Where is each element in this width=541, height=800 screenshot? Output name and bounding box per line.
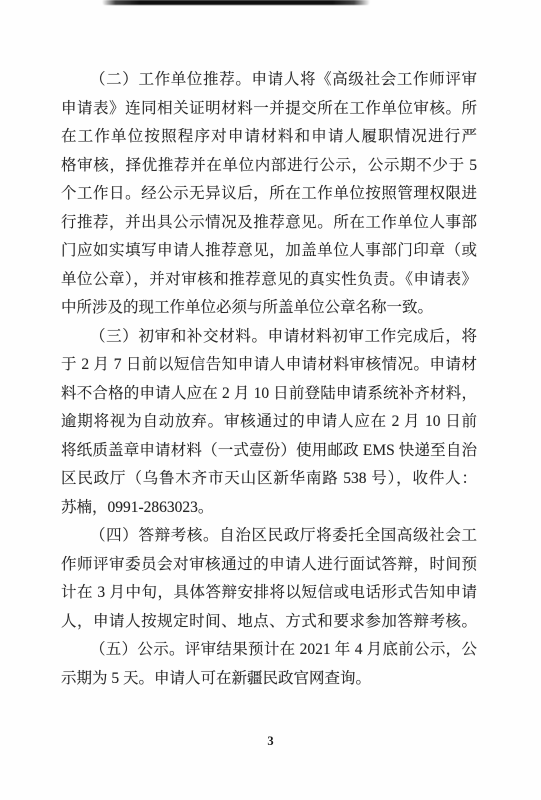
text-line: 人，申请人按规定时间、地点、方式和要求参加答辩考核。: [61, 608, 477, 637]
document-body: （二）工作单位推荐。申请人将《高级社会工作师评审申请表》连同相关证明材料一并提交…: [61, 66, 477, 693]
text-line: 作师评审委员会对审核通过的申请人进行面试答辩，时间预: [61, 551, 477, 580]
document-page: （二）工作单位推荐。申请人将《高级社会工作师评审申请表》连同相关证明材料一并提交…: [0, 0, 541, 800]
paragraph: （三）初审和补交材料。申请材料初审工作完成后，将于 2 月 7 日前以短信告知申…: [61, 323, 477, 523]
text-line: 格审核，择优推荐并在单位内部进行公示，公示期不少于 5: [61, 152, 477, 181]
text-line: （五）公示。评审结果预计在 2021 年 4 月底前公示，公: [61, 636, 477, 665]
paragraph: （五）公示。评审结果预计在 2021 年 4 月底前公示，公示期为 5 天。申请…: [61, 636, 477, 693]
text-line: 单位公章），并对审核和推荐意见的真实性负责。《申请表》: [61, 266, 477, 295]
paragraph: （二）工作单位推荐。申请人将《高级社会工作师评审申请表》连同相关证明材料一并提交…: [61, 66, 477, 323]
text-line: （二）工作单位推荐。申请人将《高级社会工作师评审: [61, 66, 477, 95]
text-line: 个工作日。经公示无异议后，所在工作单位按照管理权限进: [61, 180, 477, 209]
text-line: （三）初审和补交材料。申请材料初审工作完成后，将: [61, 323, 477, 352]
page-number: 3: [0, 734, 541, 749]
text-line: （四）答辩考核。自治区民政厅将委托全国高级社会工: [61, 522, 477, 551]
paragraph: （四）答辩考核。自治区民政厅将委托全国高级社会工作师评审委员会对审核通过的申请人…: [61, 522, 477, 636]
text-line: 行推荐，并出具公示情况及推荐意见。所在工作单位人事部: [61, 209, 477, 238]
text-line: 中所涉及的现工作单位必须与所盖单位公章名称一致。: [61, 294, 477, 323]
text-line: 申请表》连同相关证明材料一并提交所在工作单位审核。所: [61, 95, 477, 124]
text-line: 在工作单位按照程序对申请材料和申请人履职情况进行严: [61, 123, 477, 152]
text-line: 计在 3 月中旬，具体答辩安排将以短信或电话形式告知申请: [61, 579, 477, 608]
text-line: 苏楠，0991-2863023。: [61, 494, 477, 523]
text-line: 将纸质盖章申请材料（一式壹份）使用邮政 EMS 快递至自治: [61, 437, 477, 466]
text-line: 料不合格的申请人应在 2 月 10 日前登陆申请系统补齐材料，: [61, 380, 477, 409]
text-line: 逾期将视为自动放弃。审核通过的申请人应在 2 月 10 日前: [61, 408, 477, 437]
text-line: 区民政厅（乌鲁木齐市天山区新华南路 538 号），收件人：: [61, 465, 477, 494]
text-line: 示期为 5 天。申请人可在新疆民政官网查询。: [61, 665, 477, 694]
text-line: 于 2 月 7 日前以短信告知申请人申请材料审核情况。申请材: [61, 351, 477, 380]
text-line: 门应如实填写申请人推荐意见，加盖单位人事部门印章（或: [61, 237, 477, 266]
scan-artifact-top: [102, 0, 370, 5]
